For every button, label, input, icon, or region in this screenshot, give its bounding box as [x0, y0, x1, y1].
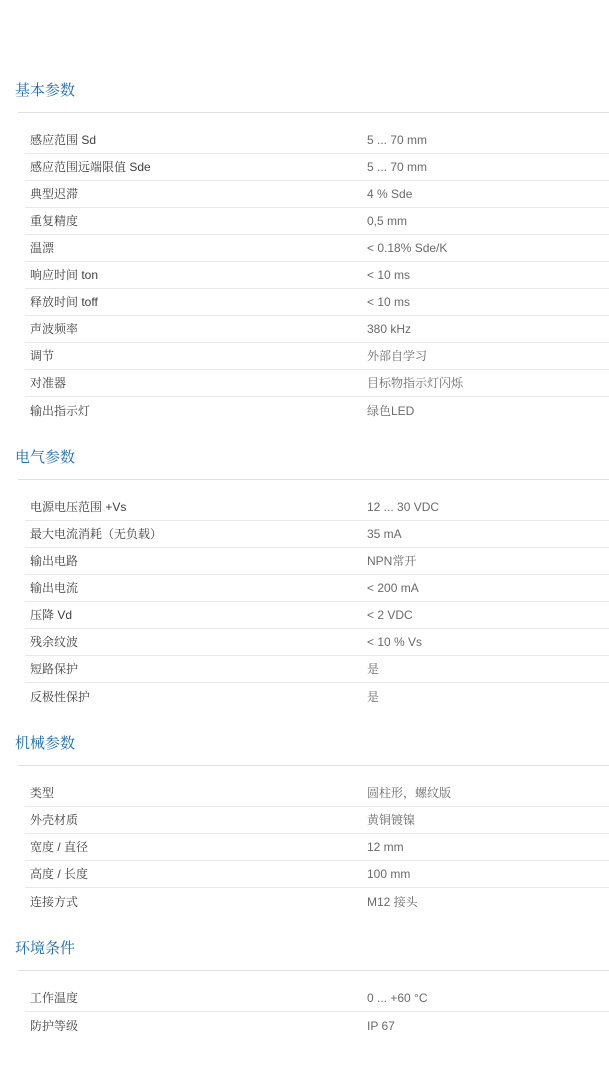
spec-label: 感应范围 Sd — [25, 133, 367, 147]
spec-table: 类型圆柱形，螺纹版外壳材质黄铜镀镍宽度 / 直径12 mm高度 / 长度100 … — [0, 780, 609, 915]
table-row: 温漂< 0.18% Sde/K — [25, 235, 609, 262]
spec-value: 是 — [367, 690, 609, 704]
table-row: 典型迟滞4 % Sde — [25, 181, 609, 208]
spec-label: 外壳材质 — [25, 813, 367, 827]
table-row: 响应时间 ton< 10 ms — [25, 262, 609, 289]
spec-value: 12 mm — [367, 840, 609, 854]
section-title: 环境条件 — [15, 940, 609, 958]
spec-value: 黄铜镀镍 — [367, 813, 609, 827]
table-row: 压降 Vd< 2 VDC — [25, 602, 609, 629]
spec-label: 短路保护 — [25, 662, 367, 676]
spec-value: < 10 % Vs — [367, 635, 609, 649]
section-title: 机械参数 — [15, 735, 609, 753]
spec-value: 0,5 mm — [367, 214, 609, 228]
spec-label: 高度 / 长度 — [25, 867, 367, 881]
table-row: 释放时间 toff< 10 ms — [25, 289, 609, 316]
spec-value: 4 % Sde — [367, 187, 609, 201]
spec-table: 工作温度0 ... +60 °C防护等级IP 67 — [0, 985, 609, 1039]
spec-value: 5 ... 70 mm — [367, 160, 609, 174]
spec-label: 声波频率 — [25, 322, 367, 336]
table-row: 输出指示灯绿色LED — [25, 397, 609, 424]
spec-value: < 10 ms — [367, 295, 609, 309]
table-row: 重复精度0,5 mm — [25, 208, 609, 235]
spec-value: 绿色LED — [367, 404, 609, 418]
spec-label: 调节 — [25, 349, 367, 363]
table-row: 声波频率380 kHz — [25, 316, 609, 343]
spec-sections: 基本参数感应范围 Sd5 ... 70 mm感应范围远端限值 Sde5 ... … — [0, 82, 609, 1039]
table-row: 输出电路NPN常开 — [25, 548, 609, 575]
spec-value: 100 mm — [367, 867, 609, 881]
table-row: 感应范围远端限值 Sde5 ... 70 mm — [25, 154, 609, 181]
spec-label: 典型迟滞 — [25, 187, 367, 201]
spec-label: 连接方式 — [25, 895, 367, 909]
spec-value: 目标物指示灯闪烁 — [367, 376, 609, 390]
spec-label: 反极性保护 — [25, 690, 367, 704]
table-row: 感应范围 Sd5 ... 70 mm — [25, 127, 609, 154]
spec-label: 残余纹波 — [25, 635, 367, 649]
spec-page: 基本参数感应范围 Sd5 ... 70 mm感应范围远端限值 Sde5 ... … — [0, 0, 609, 1039]
spec-table: 感应范围 Sd5 ... 70 mm感应范围远端限值 Sde5 ... 70 m… — [0, 127, 609, 424]
section-divider — [18, 970, 609, 971]
spec-value: 5 ... 70 mm — [367, 133, 609, 147]
spec-value: NPN常开 — [367, 554, 609, 568]
table-row: 连接方式M12 接头 — [25, 888, 609, 915]
section-divider — [18, 479, 609, 480]
spec-label: 防护等级 — [25, 1019, 367, 1033]
spec-label: 输出电路 — [25, 554, 367, 568]
spec-label: 对准器 — [25, 376, 367, 390]
spec-label: 重复精度 — [25, 214, 367, 228]
spec-section: 环境条件工作温度0 ... +60 °C防护等级IP 67 — [0, 940, 609, 1039]
spec-value: < 0.18% Sde/K — [367, 241, 609, 255]
table-row: 类型圆柱形，螺纹版 — [25, 780, 609, 807]
spec-label: 压降 Vd — [25, 608, 367, 622]
spec-value: 是 — [367, 662, 609, 676]
spec-label: 释放时间 toff — [25, 295, 367, 309]
table-row: 短路保护是 — [25, 656, 609, 683]
section-title: 基本参数 — [15, 82, 609, 100]
section-title: 电气参数 — [15, 449, 609, 467]
table-row: 电源电压范围 +Vs12 ... 30 VDC — [25, 494, 609, 521]
section-divider — [18, 112, 609, 113]
spec-value: 35 mA — [367, 527, 609, 541]
spec-label: 最大电流消耗（无负载） — [25, 527, 367, 541]
table-row: 残余纹波< 10 % Vs — [25, 629, 609, 656]
spec-value: < 10 ms — [367, 268, 609, 282]
spec-value: 外部自学习 — [367, 349, 609, 363]
spec-value: 380 kHz — [367, 322, 609, 336]
spec-section: 机械参数类型圆柱形，螺纹版外壳材质黄铜镀镍宽度 / 直径12 mm高度 / 长度… — [0, 735, 609, 915]
spec-section: 基本参数感应范围 Sd5 ... 70 mm感应范围远端限值 Sde5 ... … — [0, 82, 609, 424]
spec-value: 圆柱形，螺纹版 — [367, 786, 609, 800]
spec-table: 电源电压范围 +Vs12 ... 30 VDC最大电流消耗（无负载）35 mA输… — [0, 494, 609, 710]
spec-label: 感应范围远端限值 Sde — [25, 160, 367, 174]
spec-value: IP 67 — [367, 1019, 609, 1033]
table-row: 工作温度0 ... +60 °C — [25, 985, 609, 1012]
table-row: 外壳材质黄铜镀镍 — [25, 807, 609, 834]
spec-label: 宽度 / 直径 — [25, 840, 367, 854]
spec-value: 0 ... +60 °C — [367, 991, 609, 1005]
spec-label: 输出电流 — [25, 581, 367, 595]
table-row: 调节外部自学习 — [25, 343, 609, 370]
spec-label: 工作温度 — [25, 991, 367, 1005]
spec-section: 电气参数电源电压范围 +Vs12 ... 30 VDC最大电流消耗（无负载）35… — [0, 449, 609, 710]
table-row: 防护等级IP 67 — [25, 1012, 609, 1039]
spec-label: 类型 — [25, 786, 367, 800]
table-row: 宽度 / 直径12 mm — [25, 834, 609, 861]
table-row: 输出电流< 200 mA — [25, 575, 609, 602]
table-row: 最大电流消耗（无负载）35 mA — [25, 521, 609, 548]
spec-label: 输出指示灯 — [25, 404, 367, 418]
spec-label: 响应时间 ton — [25, 268, 367, 282]
spec-value: M12 接头 — [367, 895, 609, 909]
spec-label: 电源电压范围 +Vs — [25, 500, 367, 514]
table-row: 反极性保护是 — [25, 683, 609, 710]
spec-value: 12 ... 30 VDC — [367, 500, 609, 514]
spec-value: < 2 VDC — [367, 608, 609, 622]
spec-value: < 200 mA — [367, 581, 609, 595]
section-divider — [18, 765, 609, 766]
spec-label: 温漂 — [25, 241, 367, 255]
table-row: 对准器目标物指示灯闪烁 — [25, 370, 609, 397]
table-row: 高度 / 长度100 mm — [25, 861, 609, 888]
